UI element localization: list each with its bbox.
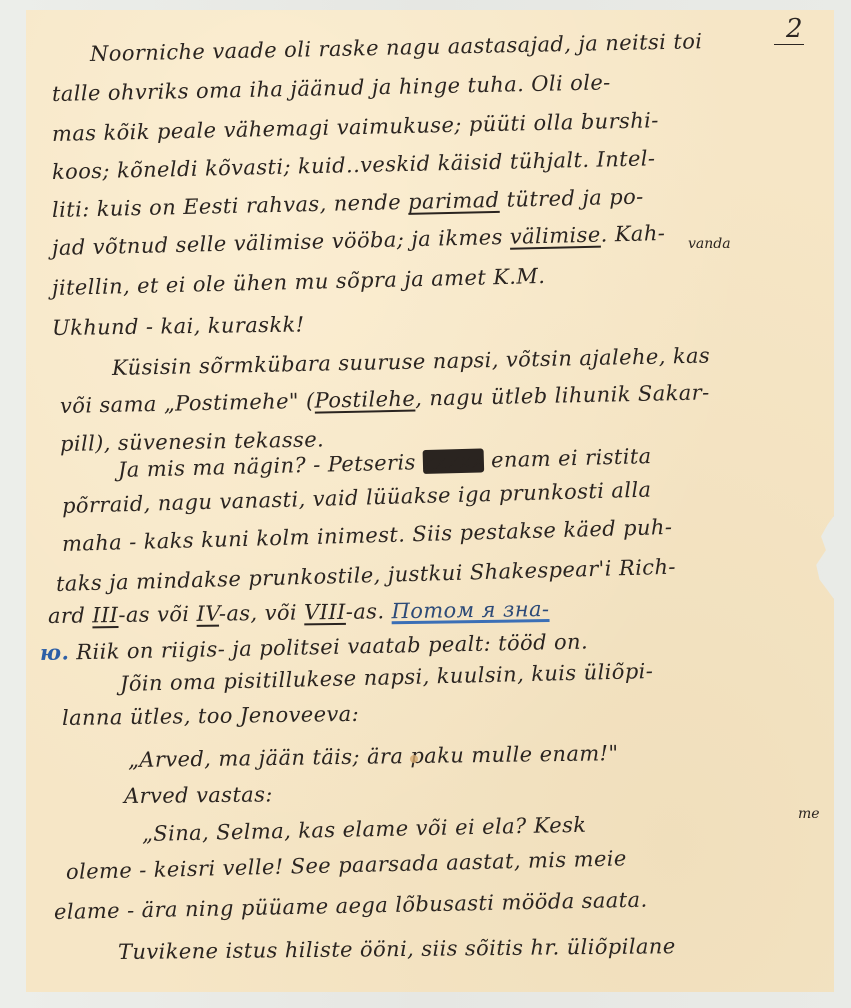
roman-numeral: IV [196, 602, 219, 626]
text-line-3: mas kõik peale vähemagi vaimukuse; püüti… [52, 108, 659, 146]
line-text: „Arved, ma jään täis; ära paku mulle ena… [128, 741, 619, 772]
line-text: Riik on riigis- ja politsei vaatab pealt… [69, 630, 588, 665]
text-line-2: talle ohvriks oma iha jäänud ja hinge tu… [52, 70, 611, 106]
blue-pencil-text: Потом я зна- [391, 597, 549, 623]
text-line-18: Jõin oma pisitillukese napsi, kuulsin, k… [120, 659, 654, 696]
line-text: taks ja mindakse prunkostile, justkui Sh… [56, 555, 676, 596]
line-text: jad võtnud selle välimise vööba; ja ikme… [52, 225, 510, 260]
roman-numeral: VIII [304, 600, 346, 625]
text-line-9: Küsisin sõrmkübara suuruse napsi, võtsin… [112, 343, 711, 380]
manuscript-text: Noorniche vaade oli raske nagu aastasaja… [0, 0, 851, 1008]
line-text: Ukhund - kai, kuraskk! [52, 312, 305, 340]
line-text: ard [48, 603, 93, 628]
blue-pencil-text: ю. [40, 639, 70, 665]
line-text: koos; kõneldi kõvasti; kuid..veskid käis… [52, 146, 656, 184]
text-line-24: elame - ära ning püüame aega lõbusasti m… [54, 888, 648, 924]
text-line-21: Arved vastas: [124, 782, 273, 808]
line-text: pill), süvenesin tekasse. [60, 427, 325, 456]
underlined-word: parimad [408, 188, 500, 214]
insertion-above-line: vanda [688, 236, 731, 252]
line-text: talle ohvriks oma iha jäänud ja hinge tu… [52, 70, 611, 106]
text-line-19: lanna ütles, too Jenoveeva: [62, 702, 359, 730]
line-text: enam ei ristita [484, 444, 652, 472]
line-text: oleme - keisri velle! See paarsada aasta… [66, 846, 627, 884]
line-text: lanna ütles, too Jenoveeva: [62, 702, 359, 730]
text-line-16: ard III-as või IV-as, või VIII-as. Потом… [48, 597, 550, 628]
ink-spot [410, 755, 418, 763]
line-text: -as või [118, 602, 196, 627]
underlined-word: välimise [510, 223, 601, 249]
line-text: . Kah- [600, 221, 665, 247]
crossed-out-word: xxxxx [422, 448, 484, 474]
line-text: Tuvikene istus hiliste ööni, siis sõitis… [118, 934, 676, 964]
line-text: Ja mis ma nägin? - Petseris [118, 450, 423, 482]
line-text: liti: kuis on Eesti rahvas, nende [52, 190, 409, 222]
roman-numeral: III [92, 603, 118, 627]
insertion-above-line: me [798, 806, 820, 822]
text-line-14: maha - kaks kuni kolm inimest. Siis pest… [62, 515, 673, 556]
text-line-6: jad võtnud selle välimise vööba; ja ikme… [52, 221, 666, 260]
line-text: -as. [346, 599, 392, 624]
line-text: Arved vastas: [124, 782, 273, 808]
line-text: Jõin oma pisitillukese napsi, kuulsin, k… [120, 659, 654, 696]
text-line-5: liti: kuis on Eesti rahvas, nende parima… [52, 185, 644, 222]
line-text: tütred ja po- [499, 185, 644, 212]
text-line-8: Ukhund - kai, kuraskk! [52, 312, 305, 340]
line-text: Küsisin sõrmkübara suuruse napsi, võtsin… [112, 343, 711, 380]
text-line-11: pill), süvenesin tekasse. [60, 427, 325, 456]
line-text: -as, või [219, 600, 305, 625]
text-line-15: taks ja mindakse prunkostile, justkui Sh… [56, 555, 676, 596]
line-text: maha - kaks kuni kolm inimest. Siis pest… [62, 515, 673, 556]
text-line-1: Noorniche vaade oli raske nagu aastasaja… [90, 29, 703, 66]
text-line-25: Tuvikene istus hiliste ööni, siis sõitis… [118, 934, 676, 964]
text-line-4: koos; kõneldi kõvasti; kuid..veskid käis… [52, 146, 656, 184]
text-line-7: jitellin, et ei ole ühen mu sõpra ja ame… [52, 264, 546, 300]
text-line-23: oleme - keisri velle! See paarsada aasta… [66, 846, 627, 884]
text-line-17: ю. Riik on riigis- ja politsei vaatab pe… [40, 629, 589, 665]
line-text: elame - ära ning püüame aega lõbusasti m… [54, 888, 648, 924]
line-text: põrraid, nagu vanasti, vaid lüüakse iga … [62, 478, 652, 518]
line-text: , nagu ütleb lihunik Sakar- [415, 380, 710, 410]
line-text: „Sina, Selma, kas elame või ei ela? Kesk [142, 813, 587, 846]
text-line-13: põrraid, nagu vanasti, vaid lüüakse iga … [62, 478, 652, 518]
text-line-20: „Arved, ma jään täis; ära paku mulle ena… [128, 741, 619, 772]
text-line-22: „Sina, Selma, kas elame või ei ela? Kesk [142, 813, 587, 846]
line-text: mas kõik peale vähemagi vaimukuse; püüti… [52, 108, 659, 146]
text-line-10: või sama „Postimehe" (Postilehe, nagu üt… [60, 380, 710, 418]
line-text: või sama „Postimehe" ( [60, 389, 315, 418]
line-text: jitellin, et ei ole ühen mu sõpra ja ame… [52, 264, 546, 300]
underlined-word: Postilehe [314, 387, 415, 413]
line-text: Noorniche vaade oli raske nagu aastasaja… [90, 29, 703, 66]
